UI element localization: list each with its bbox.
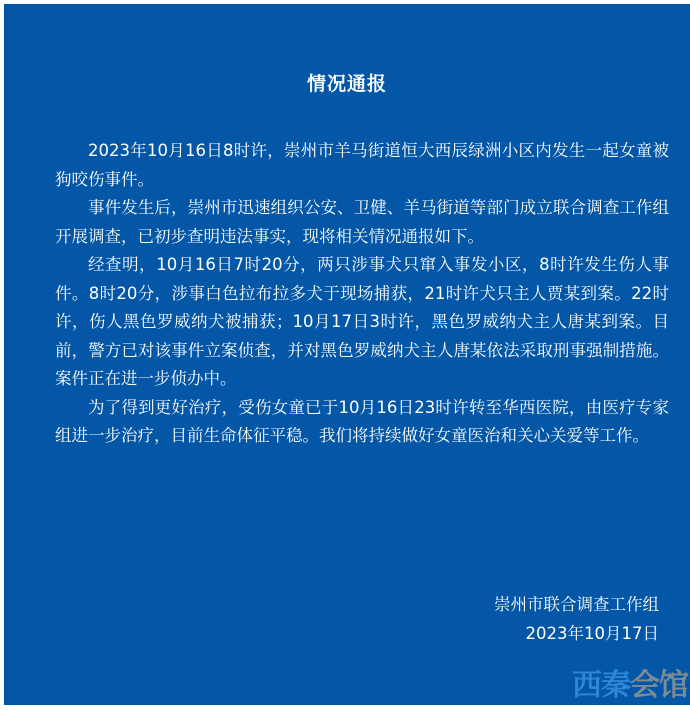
watermark-part1: 西秦 bbox=[572, 668, 630, 703]
notice-panel: 情况通报 2023年10月16日8时许，崇州市羊马街道恒大西辰绿洲小区内发生一起… bbox=[4, 4, 690, 705]
paragraph-treatment: 为了得到更好治疗，受伤女童已于10月16日23时许转至华西医院，由医疗专家组进一… bbox=[55, 394, 669, 451]
watermark-part2: 会馆 bbox=[630, 668, 688, 703]
notice-title: 情况通报 bbox=[4, 71, 690, 97]
notice-body: 2023年10月16日8时许，崇州市羊马街道恒大西辰绿洲小区内发生一起女童被狗咬… bbox=[55, 137, 669, 451]
paragraph-incident: 2023年10月16日8时许，崇州市羊马街道恒大西辰绿洲小区内发生一起女童被狗咬… bbox=[55, 137, 669, 194]
signature-organization: 崇州市联合调查工作组 bbox=[494, 590, 659, 619]
watermark-logo: 西秦会馆 bbox=[572, 669, 688, 703]
paragraph-investigation: 事件发生后，崇州市迅速组织公安、卫健、羊马街道等部门成立联合调查工作组开展调查，… bbox=[55, 194, 669, 251]
paragraph-findings: 经查明，10月16日7时20分，两只涉事犬只窜入事发小区，8时许发生伤人事件。8… bbox=[55, 251, 669, 394]
signature-block: 崇州市联合调查工作组 2023年10月17日 bbox=[494, 590, 659, 648]
signature-date: 2023年10月17日 bbox=[494, 619, 659, 648]
